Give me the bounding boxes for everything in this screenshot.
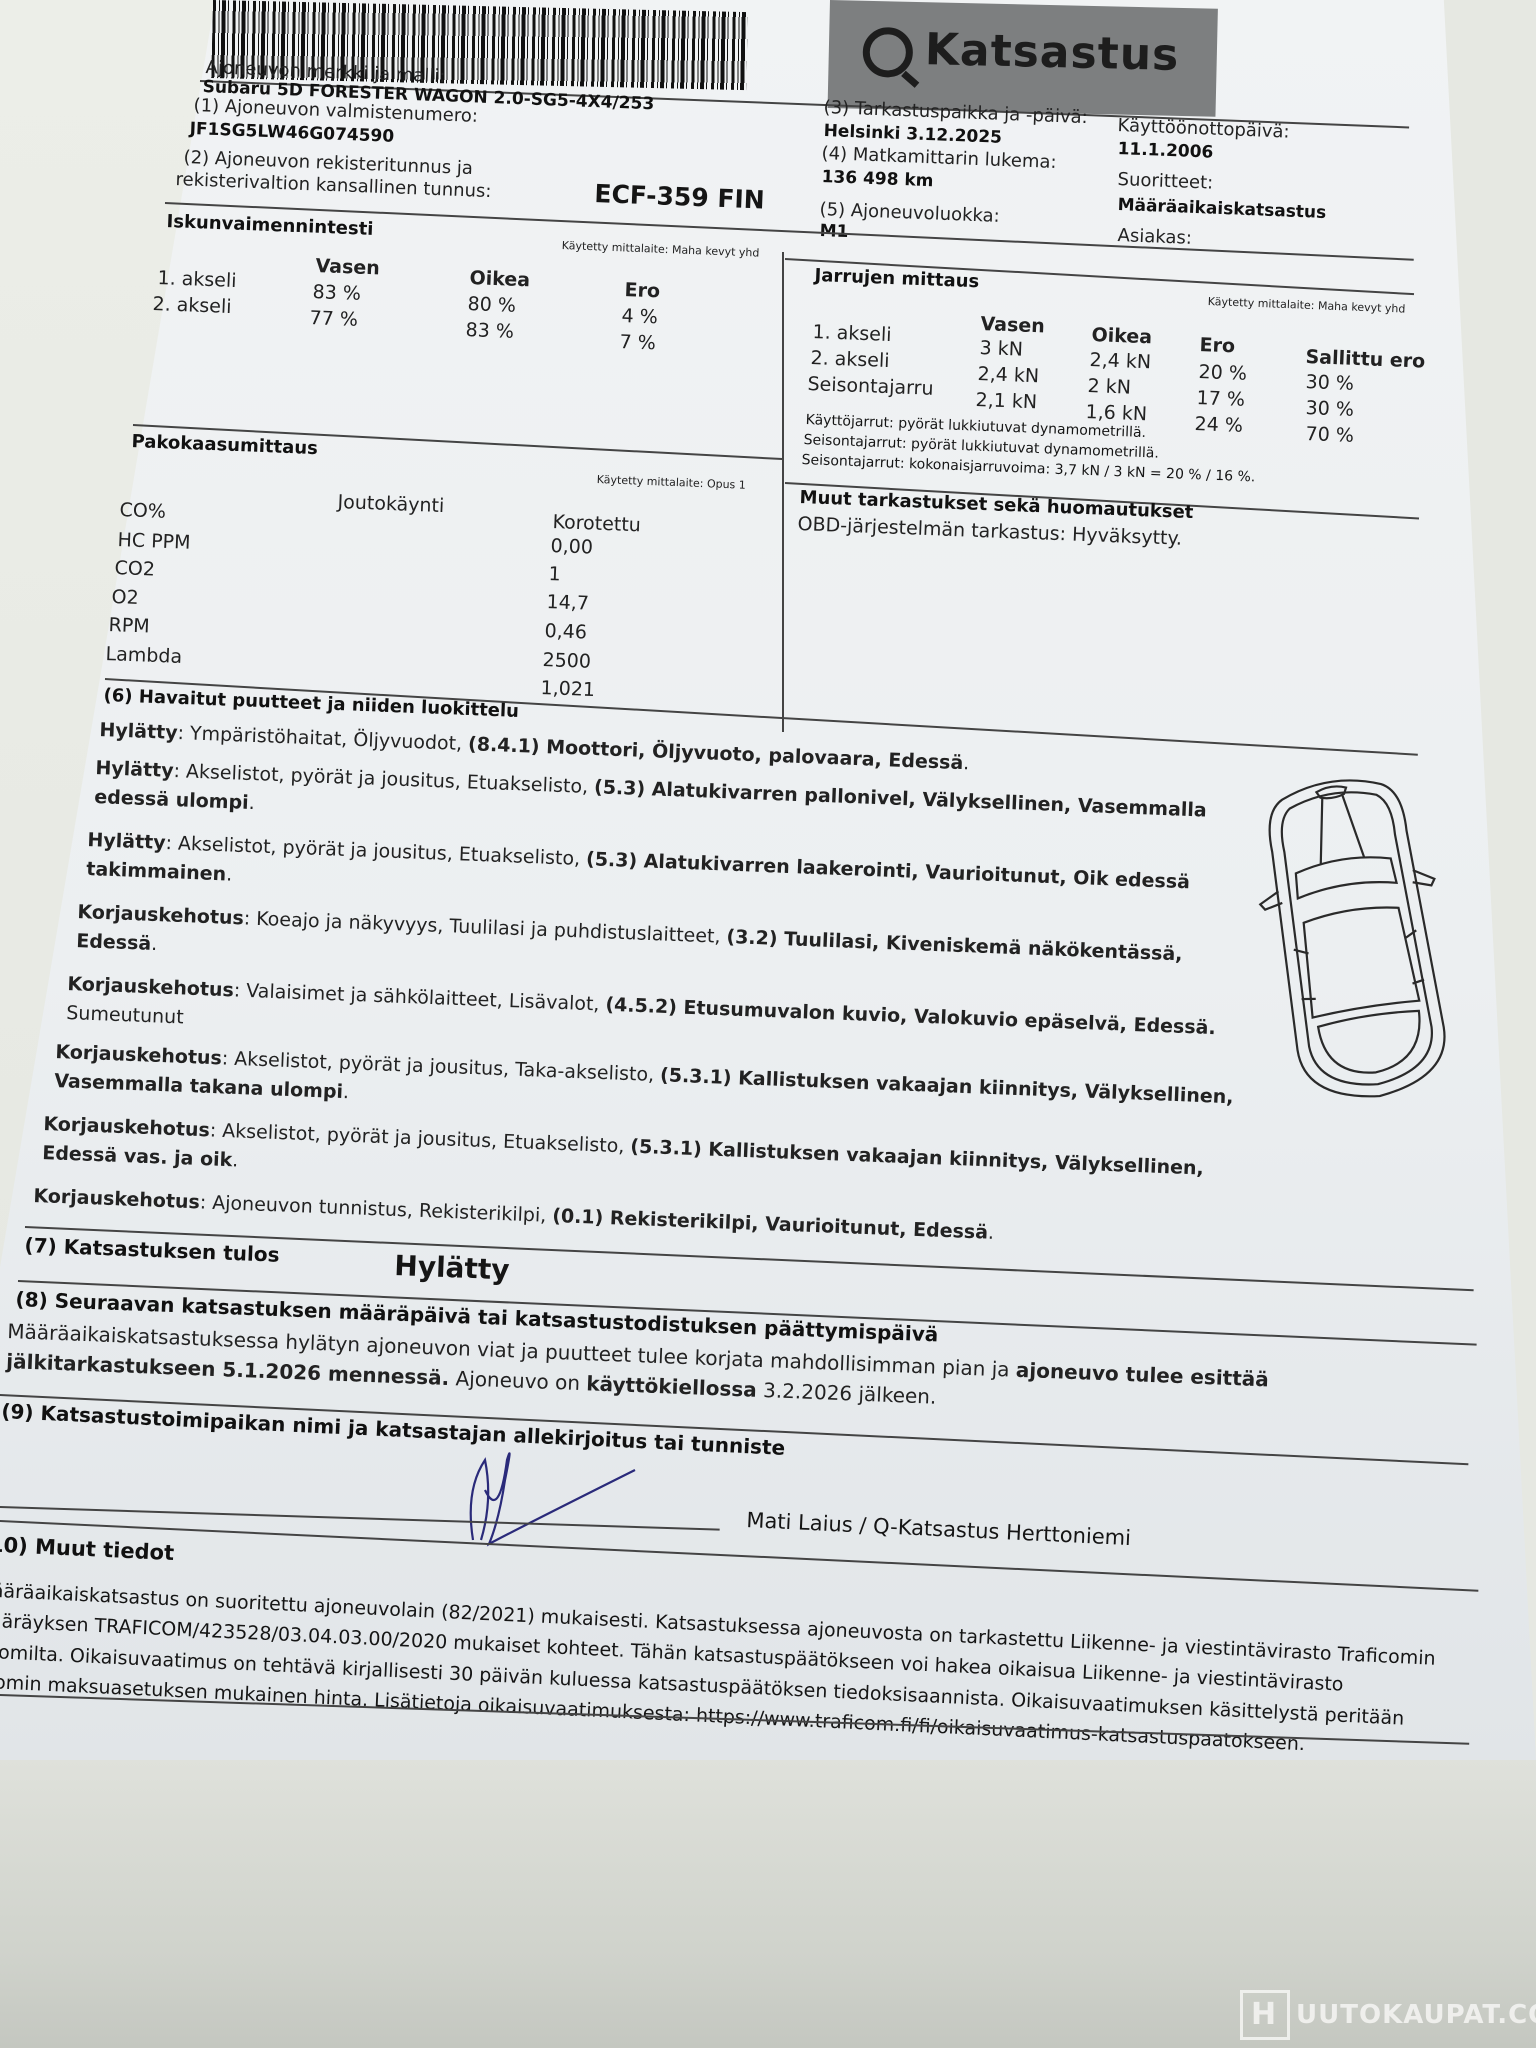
huutokaupat-logo-icon: H [1240, 1990, 1290, 2040]
defect-grade: Korjauskehotus [67, 973, 234, 1001]
defect-grade: Korjauskehotus [33, 1185, 200, 1213]
result-value: Hylätty [394, 1250, 510, 1287]
brake-row-label: 2. akseli [810, 348, 890, 373]
defect-grade: Hylätty [87, 829, 166, 854]
brake-value: 2,4 kN [1089, 350, 1151, 374]
shock-value: 83 % [312, 282, 361, 306]
logo-text: Katsastus [924, 24, 1180, 81]
shock-col-right: Oikea [469, 268, 530, 292]
brake-value: 70 % [1305, 424, 1354, 448]
exhaust-value: 2500 [542, 650, 591, 674]
brake-value: 17 % [1196, 388, 1245, 412]
exhaust-col-idle: Joutokäynti [337, 492, 444, 518]
services-label: Suoritteet: [1117, 170, 1213, 194]
huutokaupat-watermark: H UUTOKAUPAT.COM [1240, 1990, 1536, 2040]
shock-row-label: 1. akseli [157, 268, 237, 293]
watermark-letter: H [1251, 1997, 1276, 2032]
watermark-text: UUTOKAUPAT.COM [1296, 2000, 1536, 2030]
car-top-view-diagram [1245, 770, 1465, 1110]
shock-value: 83 % [465, 320, 514, 344]
shock-col-diff: Ero [624, 280, 660, 303]
next-text: Ajoneuvo on [449, 1366, 587, 1395]
brake-value: 30 % [1305, 372, 1354, 396]
inspector-signature [455, 1440, 655, 1550]
brake-col-right: Oikea [1091, 325, 1152, 349]
exhaust-label: HC PPM [117, 530, 191, 555]
shock-value: 7 % [619, 332, 656, 355]
defect-end: . [343, 1081, 350, 1103]
exhaust-value: 1,021 [540, 678, 595, 702]
brake-col-diff: Ero [1199, 335, 1235, 358]
brake-row-label: 1. akseli [812, 322, 892, 347]
defect-grade: Hylätty [95, 757, 174, 782]
usage-ban: käyttökiellossa [586, 1371, 757, 1402]
defect-grade: Korjauskehotus [43, 1113, 210, 1141]
brake-value: 3 kN [979, 338, 1023, 361]
defect-grade: Hylätty [99, 719, 178, 744]
exhaust-col-raised: Korotettu [552, 512, 641, 537]
defect-end: . [963, 752, 970, 774]
defect-end: . [226, 863, 233, 885]
brake-value: 30 % [1305, 398, 1354, 422]
exhaust-value: 14,7 [546, 592, 589, 615]
brake-value: 2 kN [1087, 376, 1131, 399]
defect-end: . [232, 1149, 239, 1171]
brake-value: 20 % [1198, 362, 1247, 386]
defect-grade: Korjauskehotus [77, 901, 244, 929]
shock-value: 80 % [467, 294, 516, 318]
exhaust-value: 0,00 [550, 536, 593, 559]
shock-row-label: 2. akseli [152, 294, 232, 319]
exhaust-label: O2 [111, 587, 139, 610]
brake-value: 2,4 kN [977, 364, 1039, 388]
defect-end: Sumeutunut [66, 1002, 184, 1028]
exhaust-value: 0,46 [544, 621, 587, 644]
brake-col-left: Vasen [980, 314, 1045, 338]
exhaust-label: CO% [119, 500, 166, 524]
usage-ban-date: 3.2.2026 jälkeen. [756, 1378, 936, 1409]
brake-col-allowed: Sallittu ero [1305, 347, 1425, 373]
brake-value: 24 % [1194, 414, 1243, 438]
intro-date-value: 11.1.2006 [1117, 140, 1213, 163]
shock-value: 77 % [309, 308, 358, 332]
defect-end: . [248, 792, 255, 814]
exhaust-value: 1 [548, 564, 561, 586]
exhaust-label: CO2 [114, 558, 155, 581]
column-divider [782, 252, 784, 732]
defect-grade: Korjauskehotus [55, 1041, 222, 1069]
exhaust-label: Lambda [105, 644, 182, 669]
q-magnifier-icon [862, 27, 913, 78]
defect-end: . [151, 933, 158, 955]
brake-value: 2,1 kN [975, 390, 1037, 414]
exhaust-label: RPM [108, 615, 150, 638]
defect-end: . [988, 1222, 995, 1244]
shock-value: 4 % [621, 306, 658, 329]
shock-col-left: Vasen [315, 256, 380, 280]
